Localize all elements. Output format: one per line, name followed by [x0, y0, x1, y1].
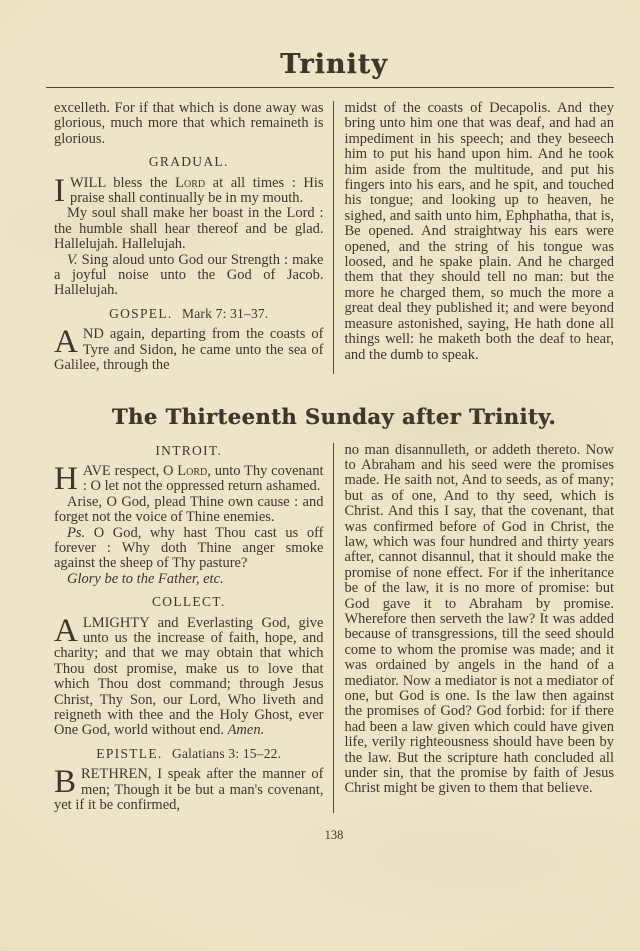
gospel-paragraph: AND again, departing from the coasts of … — [54, 327, 324, 373]
thirteenth-right-column: no man disannulleth, or addeth thereto. … — [334, 443, 615, 814]
trinity-continuation-paragraph: excelleth. For if that which is done awa… — [54, 101, 324, 147]
introit-verse-1: HAVE respect, O Lord, unto Thy covenant … — [54, 464, 324, 495]
dropcap-initial: I — [54, 176, 70, 204]
gradual-verse-1: IWILL bless the Lord at all times : His … — [54, 176, 324, 207]
trinity-right-column: midst of the coasts of Decapolis. And th… — [334, 101, 615, 374]
lord-smallcaps: Lord — [177, 463, 207, 479]
trinity-section: excelleth. For if that which is done awa… — [54, 101, 614, 374]
versicle-label: V. — [67, 252, 78, 268]
lord-smallcaps: Lord — [175, 175, 205, 191]
epistle-heading: EPISTLE.Galatians 3: 15–22. — [54, 746, 324, 761]
book-page: Trinity excelleth. For if that which is … — [0, 0, 640, 951]
dropcap-initial: A — [54, 616, 83, 644]
introit-psalm-verse: Ps. O God, why hast Thou cast us off for… — [54, 526, 324, 572]
dropcap-initial: H — [54, 464, 83, 492]
collect-heading-label: COLLECT. — [152, 594, 226, 609]
text-segment: AVE respect, O — [83, 463, 177, 479]
collect-heading: COLLECT. — [54, 594, 324, 609]
gradual-verse-2: My soul shall make her boast in the Lord… — [54, 206, 324, 252]
introit-heading: INTROIT. — [54, 443, 324, 458]
text-segment: WILL bless the — [70, 175, 175, 191]
amen-text: Amen. — [228, 722, 265, 738]
epistle-paragraph: BRETHREN, I speak after the manner of me… — [54, 767, 324, 813]
gradual-verse-3: V. Sing aloud unto God our Strength : ma… — [54, 253, 324, 299]
gospel-heading-reference: Mark 7: 31–37. — [182, 306, 268, 321]
thirteenth-section: INTROIT. HAVE respect, O Lord, unto Thy … — [54, 443, 614, 814]
text-segment: LMIGHTY and Everlasting God, give unto u… — [54, 615, 324, 739]
thirteenth-left-column: INTROIT. HAVE respect, O Lord, unto Thy … — [54, 443, 333, 814]
gloria-patri-line: Glory be to the Father, etc. — [54, 572, 324, 587]
collect-paragraph: ALMIGHTY and Everlasting God, give unto … — [54, 616, 324, 739]
header-rule — [46, 87, 614, 88]
introit-verse-2: Arise, O God, plead Thine own cause : an… — [54, 495, 324, 526]
dropcap-initial: B — [54, 767, 81, 795]
psalm-label: Ps. — [67, 525, 85, 541]
section-title: The Thirteenth Sunday after Trinity. — [54, 404, 614, 429]
text-segment: Sing aloud unto God our Strength : make … — [54, 252, 324, 299]
trinity-left-column: excelleth. For if that which is done awa… — [54, 101, 333, 374]
gradual-heading-label: GRADUAL. — [149, 154, 229, 169]
epistle-heading-label: EPISTLE. — [96, 746, 162, 761]
gospel-heading: GOSPEL.Mark 7: 31–37. — [54, 306, 324, 321]
gospel-continuation-paragraph: midst of the coasts of Decapolis. And th… — [345, 101, 615, 363]
dropcap-initial: A — [54, 327, 83, 355]
epistle-heading-reference: Galatians 3: 15–22. — [172, 746, 281, 761]
running-head: Trinity — [54, 50, 614, 80]
epistle-continuation-paragraph: no man disannulleth, or addeth thereto. … — [345, 443, 615, 797]
gospel-heading-label: GOSPEL. — [109, 306, 172, 321]
text-segment: O God, why hast Thou cast us off forever… — [54, 525, 324, 572]
text-segment: ND again, departing from the coasts of T… — [54, 326, 324, 373]
text-segment: RETHREN, I speak after the manner of men… — [54, 766, 324, 813]
gradual-heading: GRADUAL. — [54, 154, 324, 169]
page-number: 138 — [54, 828, 614, 843]
introit-heading-label: INTROIT. — [155, 443, 222, 458]
